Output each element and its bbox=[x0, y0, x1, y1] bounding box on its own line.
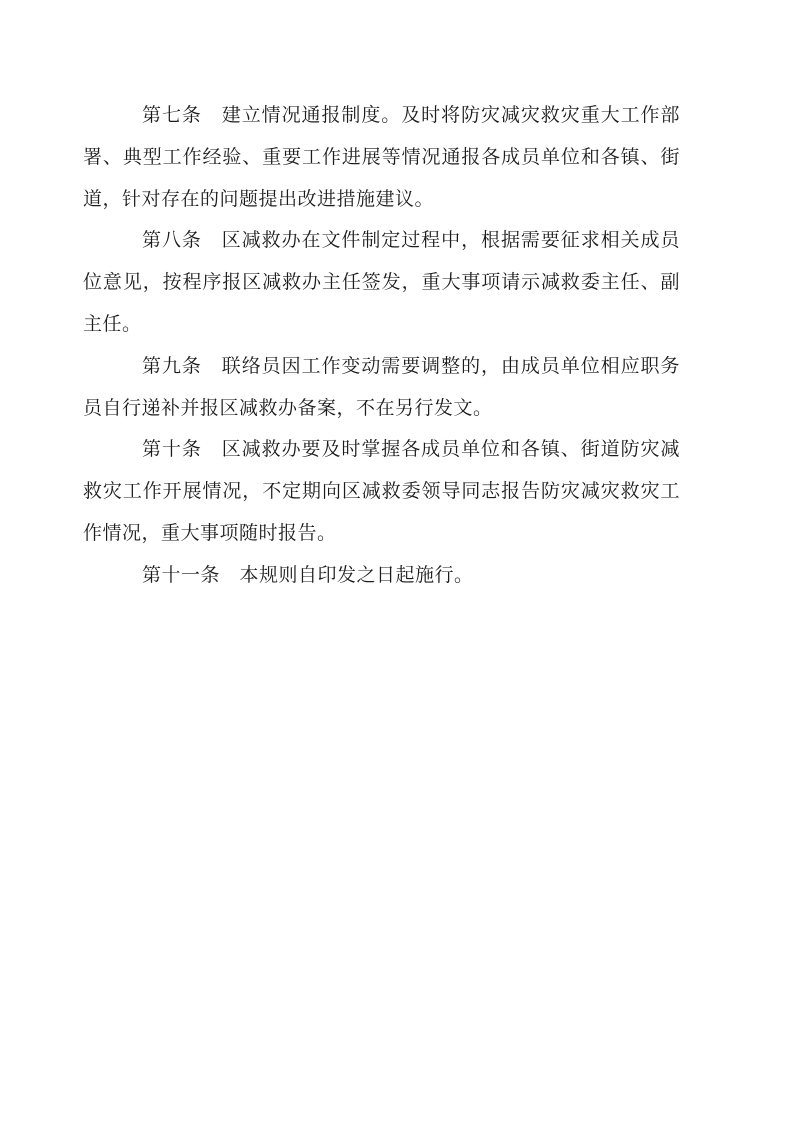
paragraph-article-8: 第八条 区减救办在文件制定过程中，根据需要征求相关成员单 位意见，按程序报区减救… bbox=[83, 220, 680, 345]
text-line: 第十条 区减救办要及时掌握各成员单位和各镇、街道防灾减灾 bbox=[83, 429, 680, 471]
text-line: 道，针对存在的问题提出改进措施建议。 bbox=[83, 179, 680, 221]
paragraph-article-7: 第七条 建立情况通报制度。及时将防灾减灾救灾重大工作部 署、典型工作经验、重要工… bbox=[83, 95, 680, 220]
text-line: 员自行递补并报区减救办备案，不在另行发文。 bbox=[83, 388, 680, 430]
text-line: 第八条 区减救办在文件制定过程中，根据需要征求相关成员单 bbox=[83, 220, 680, 262]
text-line: 署、典型工作经验、重要工作进展等情况通报各成员单位和各镇、街 bbox=[83, 137, 680, 179]
text-line: 第九条 联络员因工作变动需要调整的，由成员单位相应职务人 bbox=[83, 346, 680, 388]
paragraph-article-9: 第九条 联络员因工作变动需要调整的，由成员单位相应职务人 员自行递补并报区减救办… bbox=[83, 346, 680, 430]
document-page: 第七条 建立情况通报制度。及时将防灾减灾救灾重大工作部 署、典型工作经验、重要工… bbox=[0, 0, 793, 1122]
paragraph-article-11: 第十一条 本规则自印发之日起施行。 bbox=[83, 555, 680, 597]
document-body: 第七条 建立情况通报制度。及时将防灾减灾救灾重大工作部 署、典型工作经验、重要工… bbox=[83, 95, 680, 597]
text-line: 救灾工作开展情况，不定期向区减救委领导同志报告防灾减灾救灾工 bbox=[83, 471, 680, 513]
text-line: 第七条 建立情况通报制度。及时将防灾减灾救灾重大工作部 bbox=[83, 95, 680, 137]
text-line: 作情况，重大事项随时报告。 bbox=[83, 513, 680, 555]
text-line: 位意见，按程序报区减救办主任签发，重大事项请示减救委主任、副 bbox=[83, 262, 680, 304]
paragraph-article-10: 第十条 区减救办要及时掌握各成员单位和各镇、街道防灾减灾 救灾工作开展情况，不定… bbox=[83, 429, 680, 554]
text-line: 主任。 bbox=[83, 304, 680, 346]
text-line: 第十一条 本规则自印发之日起施行。 bbox=[83, 555, 680, 597]
